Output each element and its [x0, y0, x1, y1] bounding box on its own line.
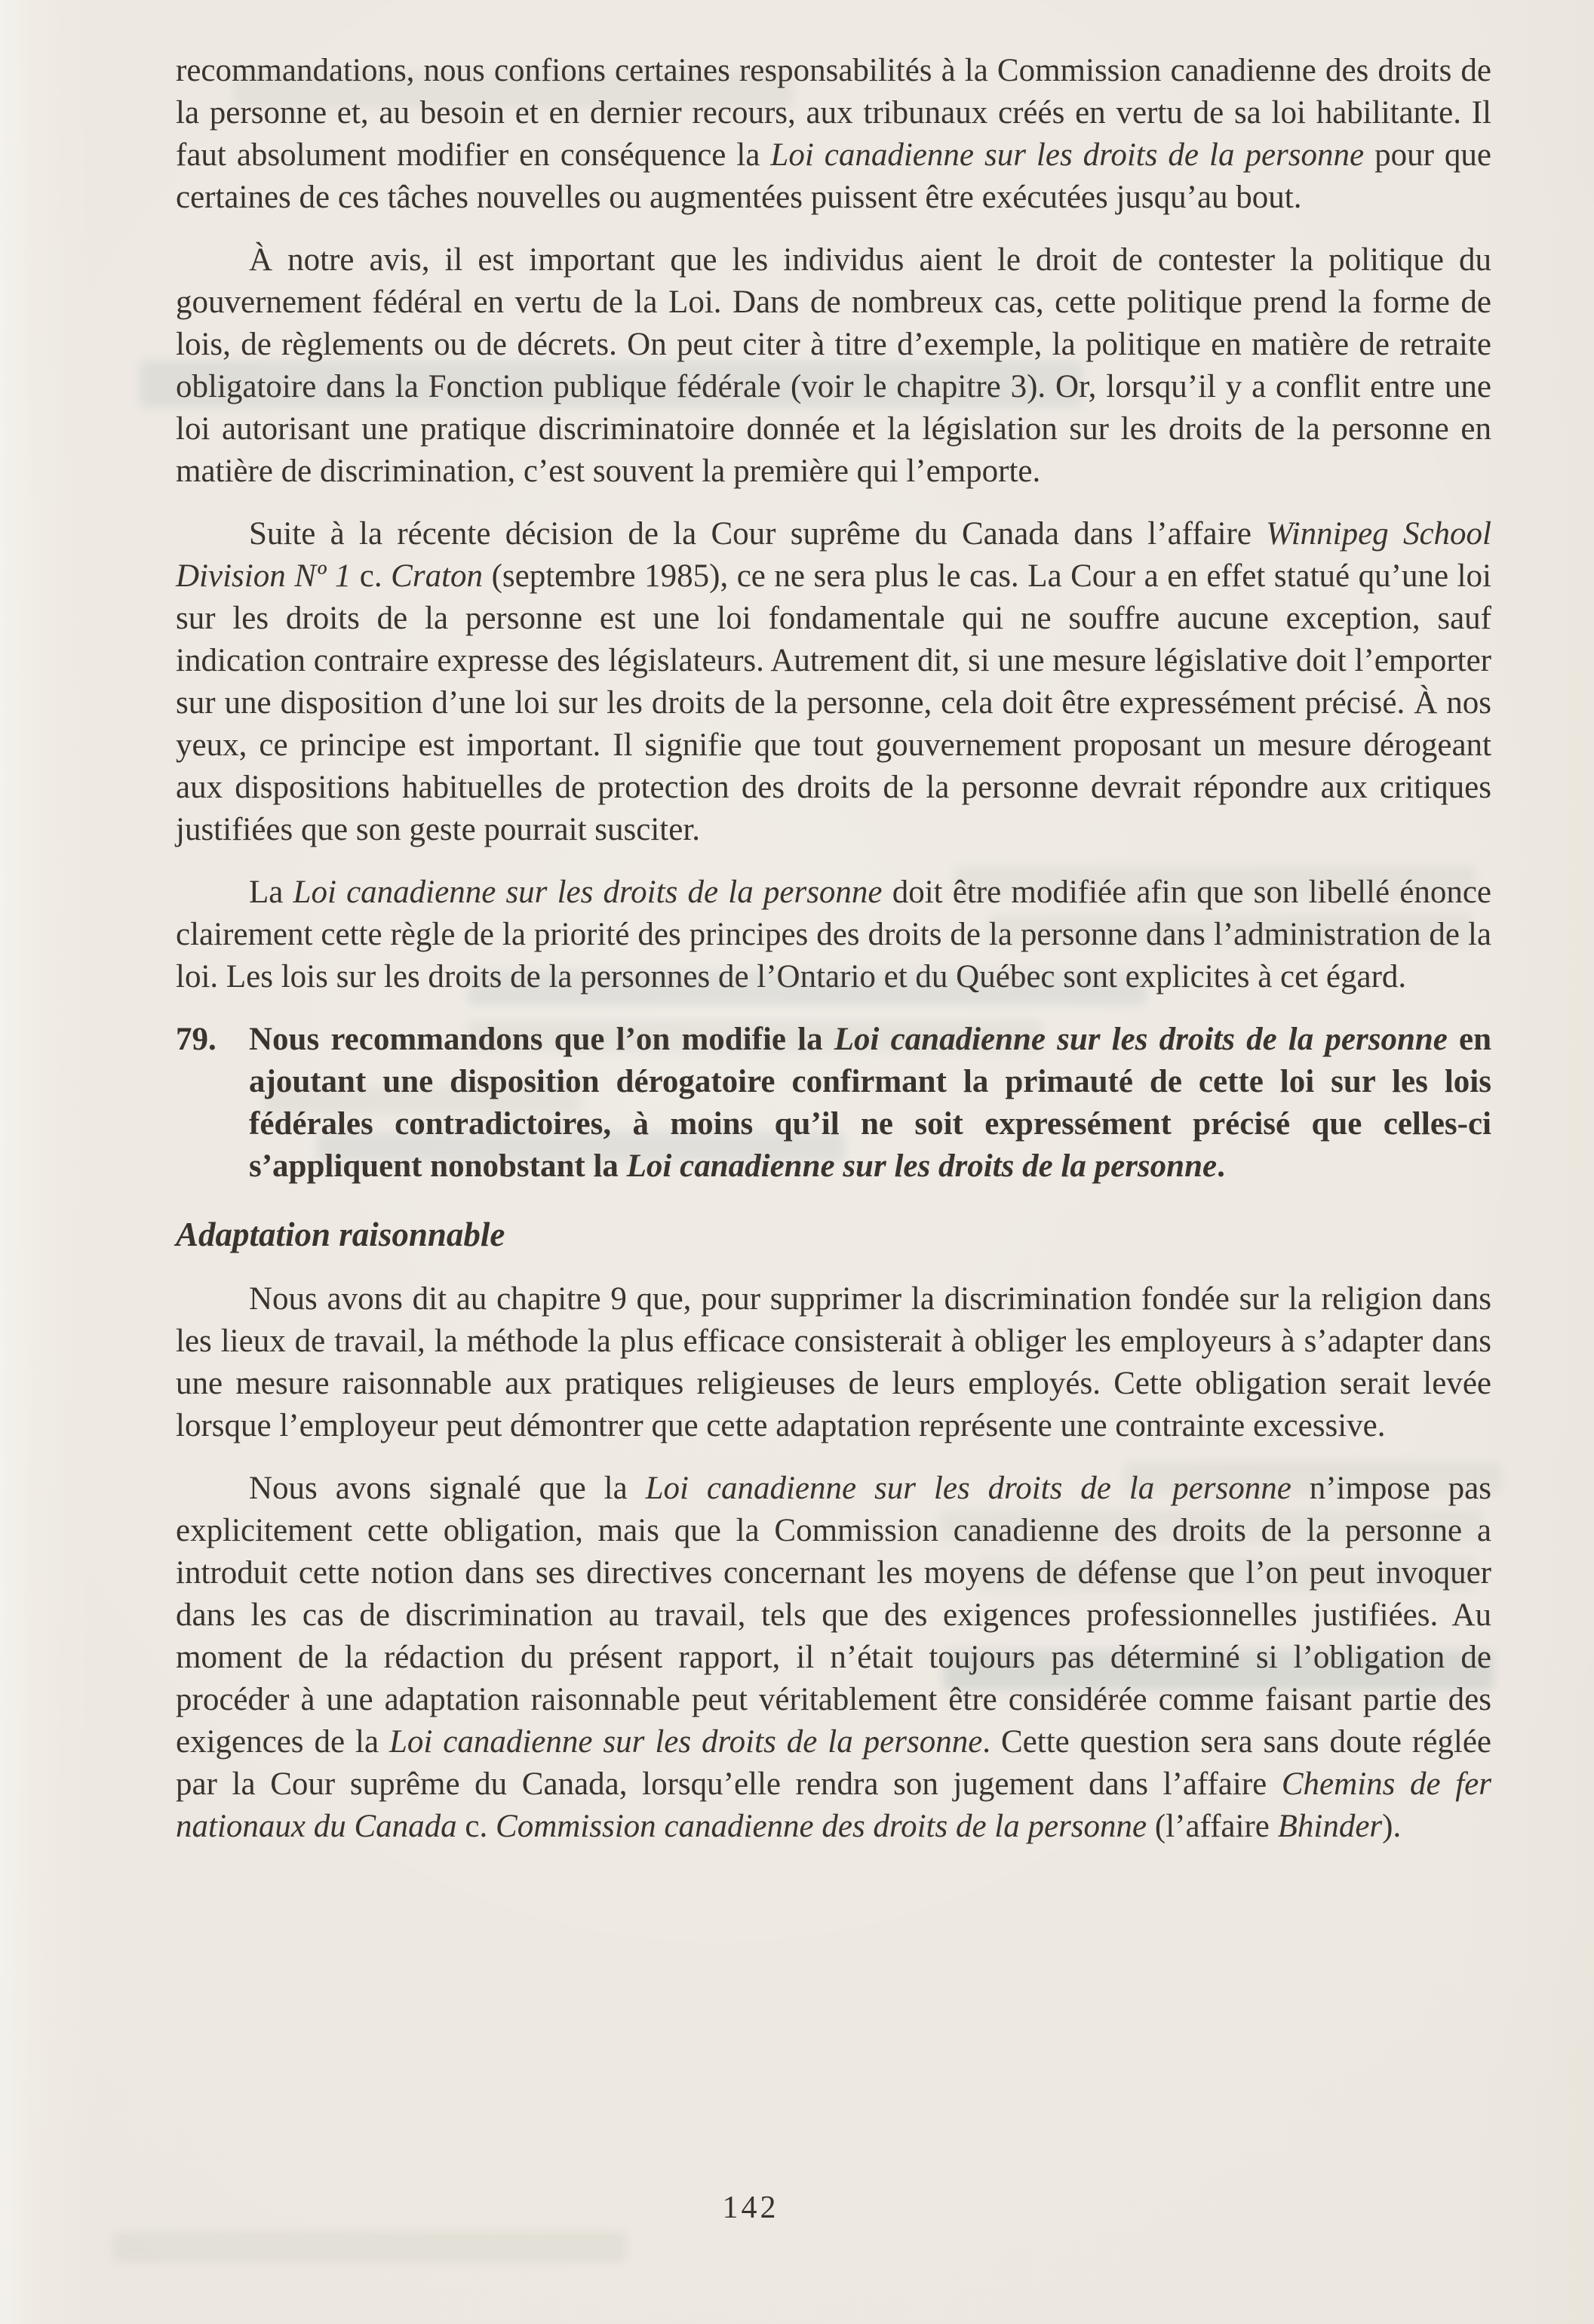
scanned-page: recommandations, nous confions certaines…	[0, 0, 1594, 2324]
page-number: 142	[0, 2190, 1501, 2226]
recommendation-block: 79.Nous recommandons que l’on modifie la…	[176, 1019, 1491, 1188]
page-content: recommandations, nous confions certaines…	[176, 50, 1491, 1868]
text-run: (septembre 1985), ce ne sera plus le cas…	[176, 558, 1491, 847]
italic-case-or-law-title: Loi canadienne sur les droits de la pers…	[627, 1148, 1217, 1184]
italic-case-or-law-title: Loi canadienne sur les droits de la pers…	[389, 1724, 982, 1760]
text-run: Nous avons signalé que la	[249, 1471, 646, 1506]
text-run: À notre avis, il est important que les i…	[176, 242, 1491, 489]
recommendation-text: Nous recommandons que l’on modifie la Lo…	[176, 1019, 1491, 1188]
section-heading: Adaptation raisonnable	[176, 1213, 1491, 1256]
italic-case-or-law-title: Loi canadienne sur les droits de la	[834, 1022, 1314, 1057]
text-run: Nous recommandons que l’on modifie la	[249, 1022, 834, 1057]
italic-case-or-law-title: Commission canadienne des droits de la p…	[496, 1809, 1147, 1844]
paragraph: À notre avis, il est important que les i…	[176, 239, 1491, 493]
text-run	[1313, 1022, 1325, 1057]
italic-case-or-law-title: Bhinder	[1278, 1809, 1383, 1844]
italic-case-or-law-title: personne	[1325, 1022, 1447, 1057]
paragraph: Suite à la récente décision de la Cour s…	[176, 513, 1491, 851]
text-run: Nous avons dit au chapitre 9 que, pour s…	[176, 1281, 1491, 1443]
italic-case-or-law-title: Loi canadienne sur les droits de la pers…	[646, 1471, 1291, 1506]
text-run: (l’affaire	[1147, 1809, 1277, 1844]
show-through-ghost	[113, 2232, 626, 2262]
recommendation-number: 79.	[176, 1019, 217, 1061]
italic-case-or-law-title: Loi canadienne sur les droits de la pers…	[293, 875, 883, 910]
paragraph: Nous avons dit au chapitre 9 que, pour s…	[176, 1278, 1491, 1447]
paragraph-continued: recommandations, nous confions certaines…	[176, 50, 1491, 219]
text-run: c.	[351, 558, 391, 594]
paragraph: La Loi canadienne sur les droits de la p…	[176, 871, 1491, 998]
italic-case-or-law-title: Loi canadienne sur les droits de la pers…	[770, 137, 1364, 173]
paragraph: Nous avons signalé que la Loi canadienne…	[176, 1468, 1491, 1848]
italic-case-or-law-title: Craton	[391, 558, 483, 594]
text-run: n’impose pas explicitement cette obligat…	[176, 1471, 1491, 1760]
text-run: ).	[1382, 1809, 1401, 1844]
text-run: Suite à la récente décision de la Cour s…	[249, 516, 1266, 552]
text-run: c.	[457, 1809, 496, 1844]
text-run: La	[249, 875, 293, 910]
text-run: .	[1217, 1148, 1225, 1184]
